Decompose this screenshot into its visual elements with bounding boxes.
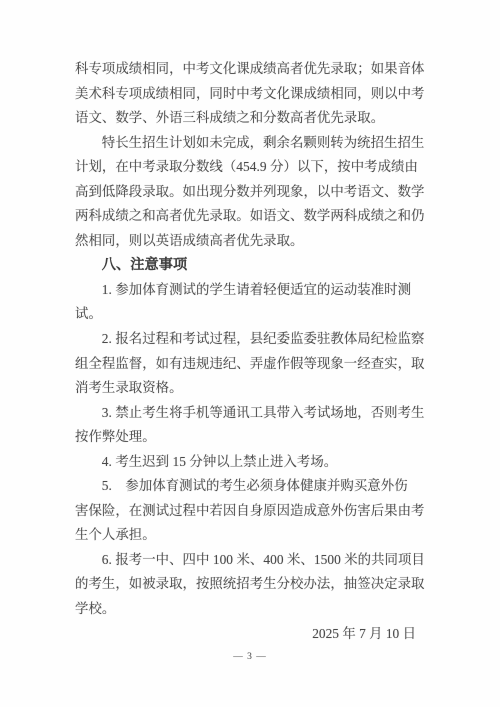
- text-line: 2. 报名过程和考试过程，县纪委监委驻教体局纪检监察: [75, 327, 431, 352]
- text-line: 高到低降段录取。如出现分数并列现象，以中考语文、数学: [75, 180, 431, 205]
- text-line: 按作弊处理。: [75, 425, 431, 450]
- text-line: 试。: [75, 302, 431, 327]
- text-line: 3. 禁止考生将手机等通讯工具带入考试场地，否则考生: [75, 401, 431, 426]
- date-line: 2025 年 7 月 10 日: [312, 622, 416, 647]
- text-line: 美术科专项成绩相同，同时中考文化课成绩相同，则以中考: [75, 82, 431, 107]
- text-line: 科专项成绩相同，中考文化课成绩高者优先录取；如果音体: [75, 57, 431, 82]
- text-line: 计划，在中考录取分数线（454.9 分）以下，按中考成绩由: [75, 155, 431, 180]
- text-line: 5. 参加体育测试的考生必须身体健康并购买意外伤: [75, 474, 431, 499]
- text-line: 两科成绩之和高者优先录取。如语文、数学两科成绩之和仍: [75, 204, 431, 229]
- text-line: 害保险，在测试过程中若因自身原因造成意外伤害后果由考: [75, 499, 431, 524]
- text-line: 然相同，则以英语成绩高者优先录取。: [75, 229, 431, 254]
- text-line: 1. 参加体育测试的学生请着轻便适宜的运动装准时测: [75, 278, 431, 303]
- text-line: 学校。: [75, 597, 431, 622]
- body-text: 科专项成绩相同，中考文化课成绩高者优先录取；如果音体美术科专项成绩相同，同时中考…: [75, 57, 431, 622]
- text-line: 6. 报考一中、四中 100 米、400 米、1500 米的共同项目: [75, 548, 431, 573]
- section-heading: 八、注意事项: [75, 253, 431, 278]
- page-number: — 3 —: [0, 650, 500, 664]
- document-page: 科专项成绩相同，中考文化课成绩高者优先录取；如果音体美术科专项成绩相同，同时中考…: [0, 0, 500, 707]
- text-line: 组全程监督，如有违规违纪、弄虚作假等现象一经查实，取: [75, 352, 431, 377]
- text-line: 的考生，如被录取，按照统招考生分校办法，抽签决定录取: [75, 572, 431, 597]
- text-line: 消考生录取资格。: [75, 376, 431, 401]
- text-line: 生个人承担。: [75, 523, 431, 548]
- text-line: 4. 考生迟到 15 分钟以上禁止进入考场。: [75, 450, 431, 475]
- text-line: 语文、数学、外语三科成绩之和分数高者优先录取。: [75, 106, 431, 131]
- text-line: 特长生招生计划如未完成，剩余名颗则转为统招生招生: [75, 131, 431, 156]
